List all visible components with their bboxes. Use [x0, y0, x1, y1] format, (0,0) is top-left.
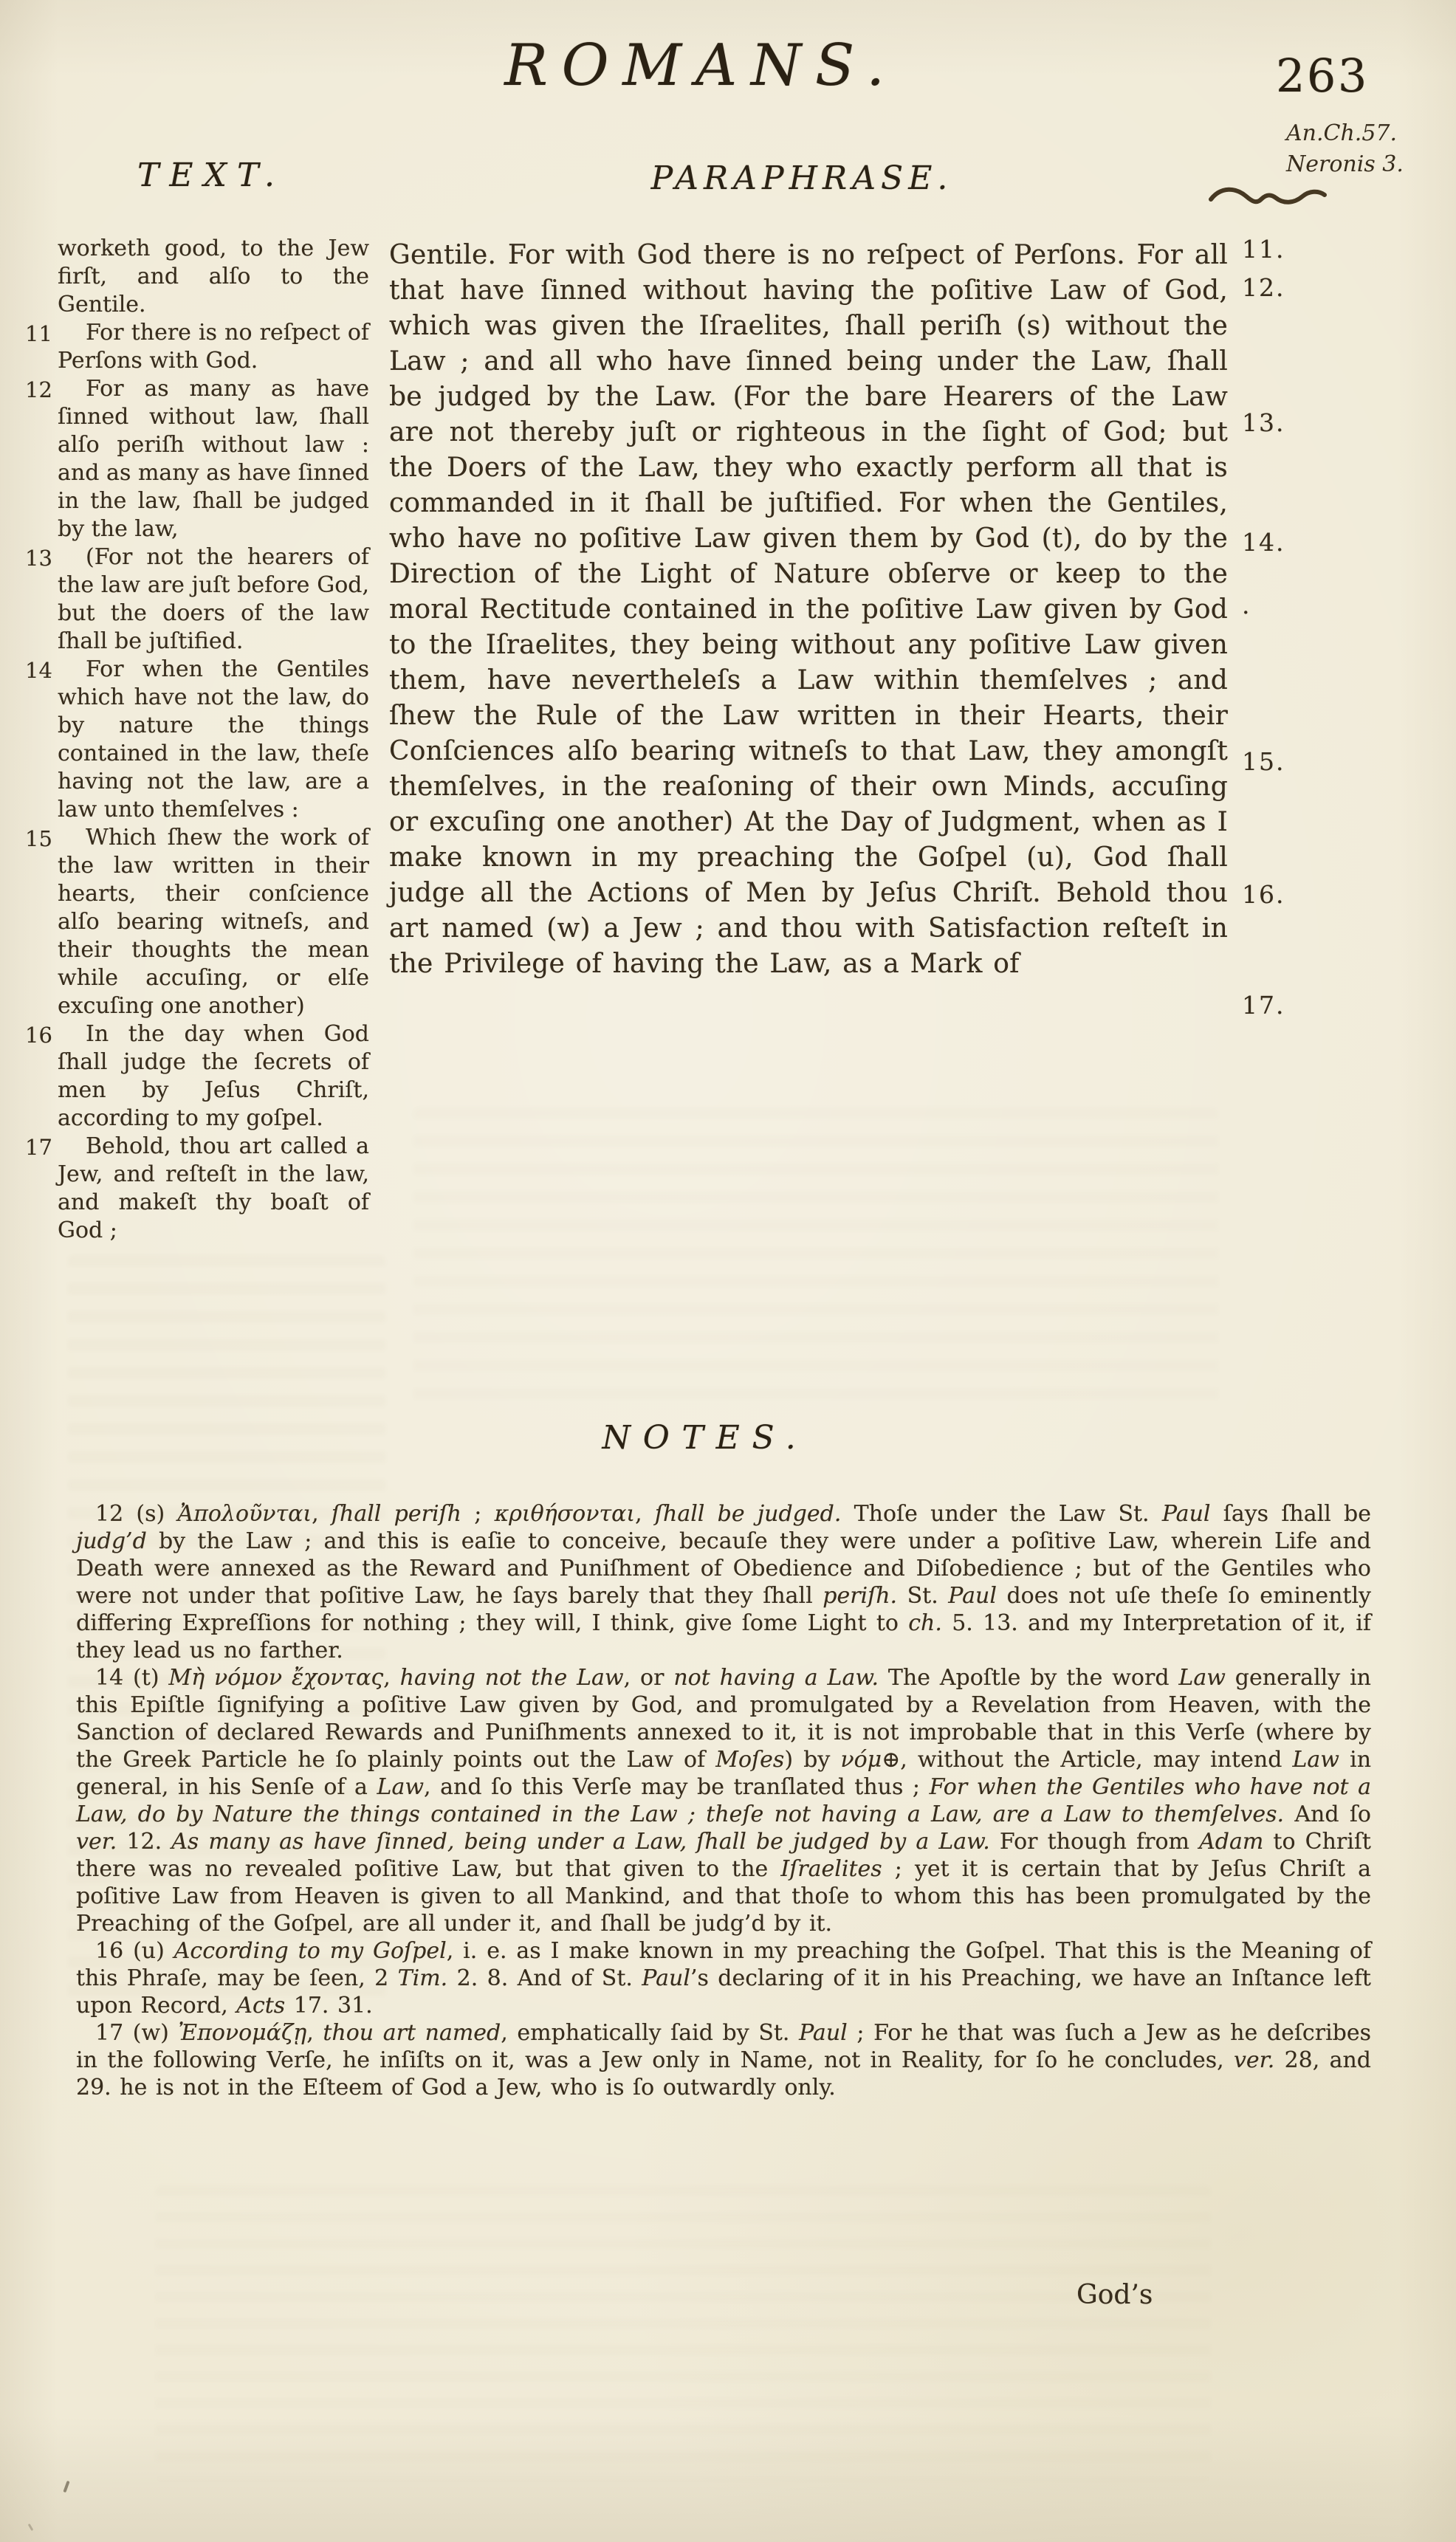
paraphrase-verse-number: 11. [1242, 235, 1285, 264]
paper-speck [28, 2524, 34, 2531]
verse-text: (For not the hearers of the law are juſt… [58, 543, 369, 656]
paraphrase-verse-number: 17. [1242, 991, 1285, 1020]
text-column: worketh good, to the Jew firſt, and alſo… [58, 235, 369, 1245]
verse-paragraph: 11For there is no reſpect of Perſons wit… [58, 319, 369, 375]
verse-text: In the day when God ſhall judge the ſecr… [58, 1020, 369, 1133]
verse-text: worketh good, to the Jew firſt, and alſo… [58, 235, 369, 319]
show-through-ghost [413, 1107, 1218, 1403]
paraphrase-body: Gentile. For with God there is no reſpec… [389, 238, 1228, 982]
verse-text: Behold, thou art called a Jew, and reſte… [58, 1133, 369, 1245]
show-through-ghost [68, 1255, 385, 2001]
verse-text: For as many as have ſinned without law, … [58, 375, 369, 543]
verse-paragraph: 15Which ſhew the work of the law written… [58, 824, 369, 1020]
paraphrase-verse-number: 12. [1242, 273, 1285, 302]
verse-number: 17 [25, 1133, 52, 1161]
verse-paragraph: 17Behold, thou art called a Jew, and reſ… [58, 1133, 369, 1245]
paper-speck [63, 2481, 69, 2493]
verse-paragraph: 12For as many as have ſinned without law… [58, 375, 369, 543]
verse-number: 15 [25, 825, 52, 853]
paraphrase-column: Gentile. For with God there is no reſpec… [389, 238, 1228, 982]
verse-text: Which ſhew the work of the law written i… [58, 824, 369, 1020]
paraphrase-verse-number: 16. [1242, 880, 1285, 909]
verse-number: 14 [25, 656, 52, 684]
paraphrase-verse-number: 15. [1242, 747, 1285, 776]
verse-number: 13 [25, 544, 52, 572]
verse-number: 12 [25, 376, 52, 404]
verse-text: For when the Gentiles which have not the… [58, 656, 369, 824]
paraphrase-verse-number: . [1242, 591, 1251, 619]
verse-number: 16 [25, 1021, 52, 1049]
paraphrase-column-heading: PARAPHRASE. [514, 159, 1090, 197]
verse-paragraph: 14For when the Gentiles which have not t… [58, 656, 369, 824]
margin-verse-numbers: 11.12.13.14..15.16.17. [1242, 0, 1323, 1107]
text-column-heading: TEXT. [87, 157, 335, 194]
verse-paragraph: 16In the day when God ſhall judge the ſe… [58, 1020, 369, 1133]
verse-number: 11 [25, 320, 52, 348]
note-paragraph: 17 (w) Ἐπονομάζῃ, thou art named, emphat… [76, 2019, 1371, 2101]
verse-paragraph: 13(For not the hearers of the law are ju… [58, 543, 369, 656]
paraphrase-verse-number: 13. [1242, 408, 1285, 437]
book-page-scan: ROMANS. 263 An.Ch.57. Neronis 3. TEXT. P… [0, 0, 1456, 2542]
verse-text: For there is no reſpect of Perſons with … [58, 319, 369, 375]
running-title: ROMANS. [369, 32, 1034, 99]
show-through-ghost [155, 2185, 1211, 2481]
verse-paragraph: worketh good, to the Jew firſt, and alſo… [58, 235, 369, 319]
paraphrase-verse-number: 14. [1242, 528, 1285, 557]
